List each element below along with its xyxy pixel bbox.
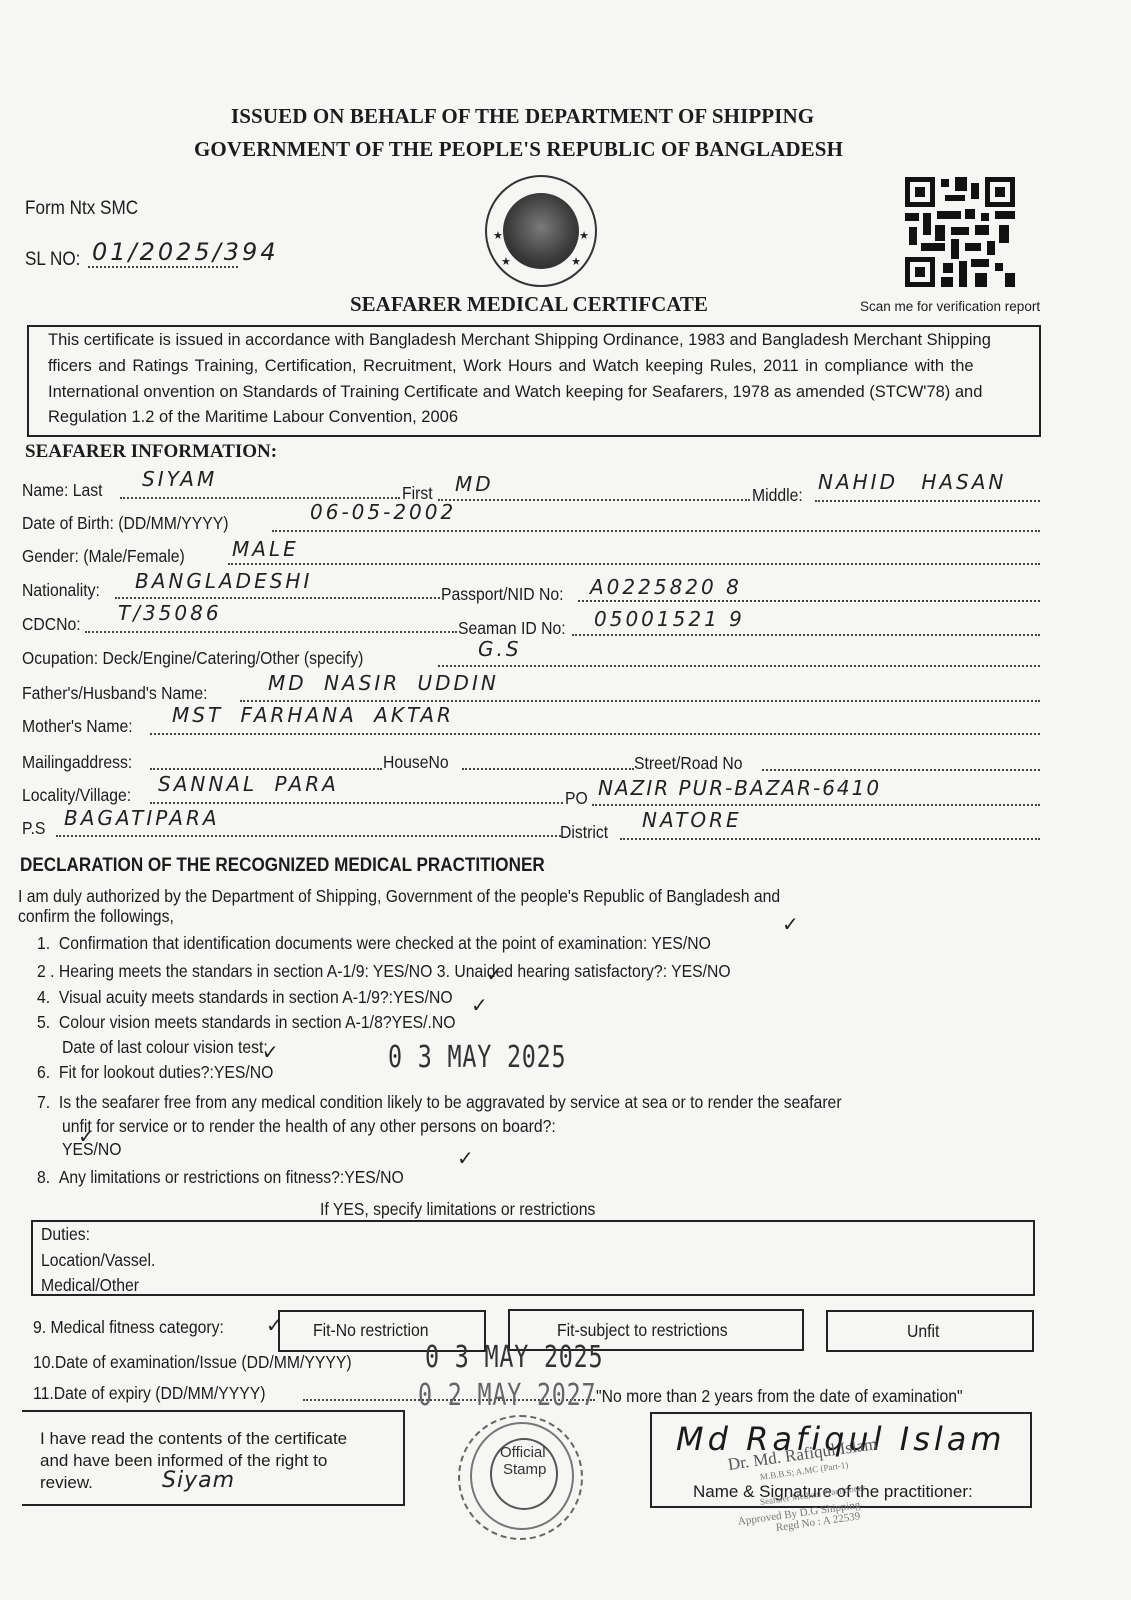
colour-test-check-icon[interactable]: ✓ [262, 1040, 279, 1064]
ps-label: P.S [22, 818, 45, 839]
gender-value[interactable]: MALE [232, 537, 299, 561]
item-7-check-icon[interactable]: ✓ [78, 1124, 95, 1148]
fitness-option-label: Fit-No restriction [313, 1320, 429, 1341]
sl-number-label: SL NO: [25, 249, 80, 271]
exam-date-stamp: 0 3 MAY 2025 [425, 1340, 603, 1375]
locality-label: Locality/Village: [22, 785, 131, 806]
sl-number-value: 01/2025/394 [92, 238, 279, 266]
fitness-category-label: 9. Medical fitness category: [33, 1317, 224, 1338]
intro-line-2: fficers and Ratings Training, Certificat… [48, 357, 974, 376]
intro-line-1: This certificate is issued in accordance… [48, 331, 991, 350]
house-no-label: HouseNo [383, 752, 449, 773]
seafarer-signature[interactable]: Siyam [162, 1468, 235, 1493]
item-4-check-icon[interactable]: ✓ [471, 993, 488, 1017]
item-5: 5. Colour vision meets standards in sect… [37, 1012, 455, 1033]
item-1: 1. Confirmation that identification docu… [37, 933, 711, 954]
seaman-id-label: Seaman ID No: [458, 618, 566, 639]
mailing-address-label: Mailingaddress: [22, 752, 132, 773]
seaman-id-value[interactable]: 05001521 9 [594, 607, 745, 631]
mother-name-value[interactable]: MST FARHANA AKTAR [172, 703, 454, 727]
occupation-value[interactable]: G.S [478, 637, 522, 661]
item-7: 7. Is the seafarer free from any medical… [37, 1092, 842, 1113]
passport-value[interactable]: A0225820 8 [590, 575, 742, 599]
occupation-label: Ocupation: Deck/Engine/Catering/Other (s… [22, 648, 363, 669]
acknowledgement-line-3: review. [40, 1473, 93, 1493]
district-label: District [560, 822, 608, 843]
qr-caption: Scan me for verification report [860, 299, 1040, 314]
gender-label: Gender: (Male/Female) [22, 546, 185, 567]
restrictions-box [31, 1220, 1035, 1296]
colour-test-date-stamp: 0 3 MAY 2025 [388, 1040, 566, 1075]
exam-date-label: 10.Date of examination/Issue (DD/MM/YYYY… [33, 1352, 352, 1373]
item-2-check-icon[interactable]: ✓ [486, 962, 503, 986]
district-value[interactable]: NATORE [642, 808, 742, 832]
acknowledgement-line-1: I have read the contents of the certific… [40, 1429, 347, 1449]
seafarer-info-heading: SEAFARER INFORMATION: [25, 441, 277, 463]
nationality-value[interactable]: BANGLADESHI [135, 569, 312, 593]
declaration-intro-2: confirm the followings, [18, 906, 174, 927]
dob-label: Date of Birth: (DD/MM/YYYY) [22, 513, 229, 534]
duties-label: Duties: [41, 1224, 90, 1245]
declaration-heading: DECLARATION OF THE RECOGNIZED MEDICAL PR… [20, 855, 545, 877]
po-label: PO [565, 788, 588, 809]
item-2-3: 2 . Hearing meets the standars in sectio… [37, 961, 731, 982]
declaration-intro-1: I am duly authorized by the Department o… [18, 886, 780, 907]
intro-line-4: Regulation 1.2 of the Maritime Labour Co… [48, 408, 458, 427]
location-vessel-label: Location/Vassel. [41, 1250, 155, 1271]
fitness-option-label: Unfit [907, 1321, 939, 1342]
fitness-option-label: Fit-subject to restrictions [557, 1320, 728, 1341]
dob-value[interactable]: 06-05-2002 [310, 500, 456, 524]
header-line-2: GOVERNMENT OF THE PEOPLE'S REPUBLIC OF B… [194, 137, 843, 162]
po-value[interactable]: NAZIR PUR-BAZAR-6410 [598, 776, 881, 800]
colour-test-label: Date of last colour vision test: [62, 1037, 268, 1058]
father-name-value[interactable]: MD NASIR UDDIN [268, 671, 499, 695]
cdc-label: CDCNo: [22, 614, 81, 635]
father-name-label: Father's/Husband's Name: [22, 683, 207, 704]
name-last-value[interactable]: SIYAM [142, 467, 217, 491]
nationality-label: Nationality: [22, 580, 100, 601]
ps-value[interactable]: BAGATIPARA [64, 806, 220, 830]
item-8-check-icon[interactable]: ✓ [457, 1146, 474, 1170]
passport-label: Passport/NID No: [441, 584, 564, 605]
form-number: Form Ntx SMC [25, 198, 138, 220]
government-seal-icon: ★ ★ ★ ★ [485, 175, 597, 287]
item-1-check-icon[interactable]: ✓ [782, 912, 799, 936]
qr-code-icon[interactable] [905, 177, 1015, 287]
medical-other-label: Medical/Other [41, 1275, 139, 1296]
intro-line-3: International onvention on Standards of … [48, 383, 982, 402]
certificate-page: ISSUED ON BEHALF OF THE DEPARTMENT OF SH… [0, 0, 1131, 1600]
header-line-1: ISSUED ON BEHALF OF THE DEPARTMENT OF SH… [231, 104, 814, 129]
locality-value[interactable]: SANNAL PARA [158, 772, 339, 796]
stamp-text-2: Stamp [503, 1461, 546, 1478]
mother-name-label: Mother's Name: [22, 716, 133, 737]
item-6: 6. Fit for lookout duties?:YES/NO [37, 1062, 273, 1083]
expiry-date-label: 11.Date of expiry (DD/MM/YYYY) [33, 1383, 266, 1404]
restrictions-caption: If YES, specify limitations or restricti… [320, 1199, 595, 1220]
page-title: SEAFARER MEDICAL CERTIFCATE [350, 292, 708, 317]
name-middle-label: Middle: [752, 485, 803, 506]
item-4: 4. Visual acuity meets standards in sect… [37, 987, 453, 1008]
name-middle-value[interactable]: NAHID HASAN [818, 470, 1006, 494]
expiry-note: "No more than 2 years from the date of e… [596, 1386, 963, 1407]
expiry-date-stamp: 0 2 MAY 2027 [418, 1378, 596, 1413]
item-7-line-2: unfit for service or to render the healt… [62, 1116, 556, 1137]
item-8: 8. Any limitations or restrictions on fi… [37, 1167, 404, 1188]
street-road-label: Street/Road No [634, 753, 743, 774]
stamp-text-1: Official [500, 1444, 546, 1461]
cdc-value[interactable]: T/35086 [118, 601, 222, 625]
name-first-value[interactable]: MD [455, 472, 494, 496]
name-last-label: Name: Last [22, 480, 103, 501]
